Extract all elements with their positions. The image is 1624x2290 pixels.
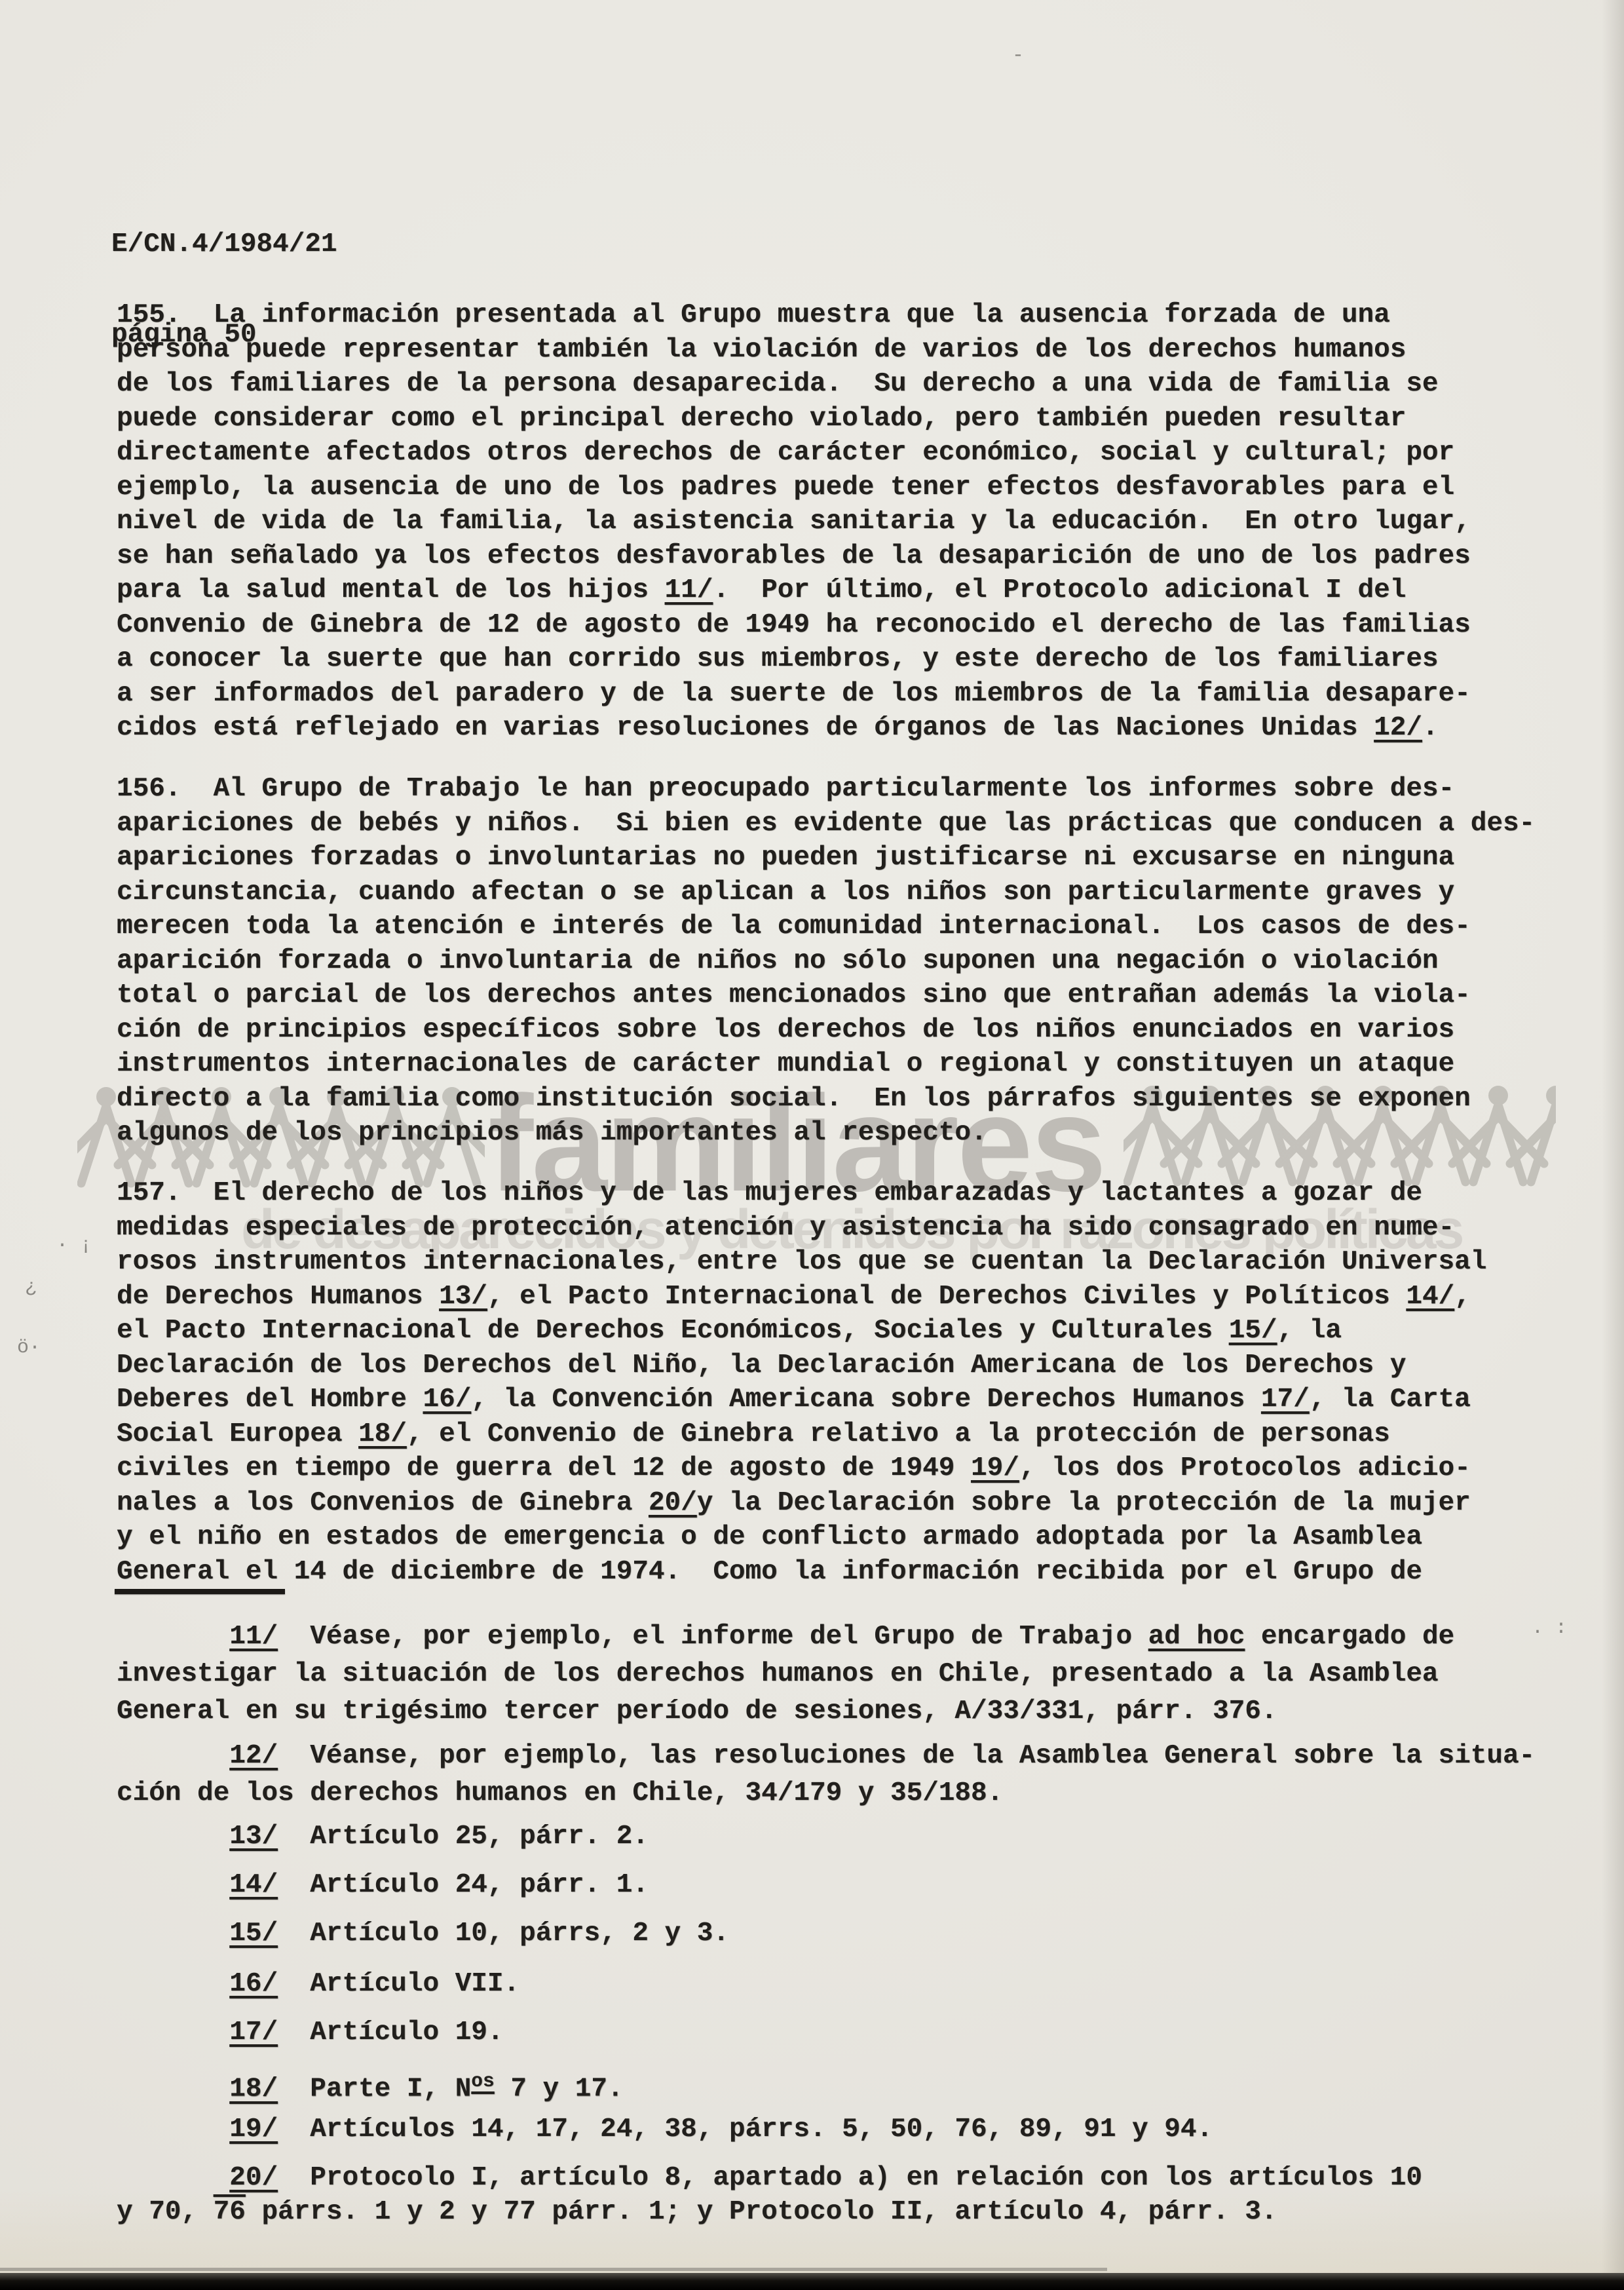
paragraph-157: 157. El derecho de los niños y de las mu… bbox=[117, 1176, 1486, 1589]
text-line: civiles en tiempo de guerra del 12 de ag… bbox=[117, 1451, 1486, 1486]
text-line: instrumentos internacionales de carácter… bbox=[117, 1047, 1535, 1082]
text-line: a conocer la suerte que han corrido sus … bbox=[117, 642, 1471, 677]
text-line: puede considerar como el principal derec… bbox=[117, 402, 1471, 436]
scanned-document-page: E/CN.4/1984/21 página 50 familiares de d… bbox=[0, 0, 1624, 2290]
paragraph-156: 156. Al Grupo de Trabajo le han preocupa… bbox=[117, 772, 1535, 1151]
scan-speck: . : bbox=[1532, 1617, 1567, 1639]
text-line: y el niño en estados de emergencia o de … bbox=[117, 1520, 1486, 1555]
text-line: Deberes del Hombre 16/, la Convención Am… bbox=[117, 1383, 1486, 1417]
footnote-13: 13/ Artículo 25, párr. 2. bbox=[117, 1818, 649, 1856]
document-number: E/CN.4/1984/21 bbox=[111, 229, 337, 259]
text-line: 19/ Artículos 14, 17, 24, 38, párrs. 5, … bbox=[117, 2111, 1213, 2148]
text-line: 14/ Artículo 24, párr. 1. bbox=[117, 1867, 649, 1904]
text-line: nivel de vida de la familia, la asistenc… bbox=[117, 505, 1471, 539]
text-line: 156. Al Grupo de Trabajo le han preocupa… bbox=[117, 772, 1535, 807]
text-line: apariciones de bebés y niños. Si bien es… bbox=[117, 807, 1535, 841]
text-line: el Pacto Internacional de Derechos Econó… bbox=[117, 1314, 1486, 1348]
text-line: ejemplo, la ausencia de uno de los padre… bbox=[117, 470, 1471, 505]
scan-speck: - bbox=[1012, 45, 1024, 67]
footnote-17: 17/ Artículo 19. bbox=[117, 2014, 504, 2051]
text-line: se han señalado ya los efectos desfavora… bbox=[117, 539, 1471, 574]
text-line: directo a la familia como institución so… bbox=[117, 1082, 1535, 1116]
text-line: 11/ Véase, por ejemplo, el informe del G… bbox=[117, 1618, 1454, 1656]
footnote-12: 12/ Véanse, por ejemplo, las resolucione… bbox=[117, 1738, 1535, 1812]
text-line: 157. El derecho de los niños y de las mu… bbox=[117, 1176, 1486, 1211]
text-line: directamente afectados otros derechos de… bbox=[117, 436, 1471, 470]
text-line: 155. La información presentada al Grupo … bbox=[117, 298, 1471, 333]
text-line: de Derechos Humanos 13/, el Pacto Intern… bbox=[117, 1280, 1486, 1314]
text-line: 15/ Artículo 10, párrs, 2 y 3. bbox=[117, 1915, 729, 1953]
text-line: cidos está reflejado en varias resolucio… bbox=[117, 711, 1471, 746]
text-line: 17/ Artículo 19. bbox=[117, 2014, 504, 2051]
text-line: ción de principios específicos sobre los… bbox=[117, 1013, 1535, 1048]
text-line: nales a los Convenios de Ginebra 20/y la… bbox=[117, 1486, 1486, 1521]
scan-speck: ¿ bbox=[25, 1276, 37, 1299]
scan-edge-bottom bbox=[0, 2273, 1624, 2290]
text-line: General el 14 de diciembre de 1974. Como… bbox=[117, 1555, 1486, 1590]
text-line: 18/ Parte I, Nos 7 y 17. bbox=[117, 2063, 624, 2109]
text-line: 13/ Artículo 25, párr. 2. bbox=[117, 1818, 649, 1856]
paragraph-155: 155. La información presentada al Grupo … bbox=[117, 298, 1471, 746]
text-line: aparición forzada o involuntaria de niño… bbox=[117, 944, 1535, 979]
footnote-separator bbox=[115, 1589, 285, 1594]
text-line: Social Europea 18/, el Convenio de Gineb… bbox=[117, 1417, 1486, 1452]
footnote-15: 15/ Artículo 10, párrs, 2 y 3. bbox=[117, 1915, 729, 1953]
text-line: Convenio de Ginebra de 12 de agosto de 1… bbox=[117, 608, 1471, 643]
text-line: 20/ Protocolo I, artículo 8, apartado a)… bbox=[117, 2161, 1422, 2195]
text-line: Declaración de los Derechos del Niño, la… bbox=[117, 1348, 1486, 1383]
text-line: medidas especiales de protección, atenci… bbox=[117, 1211, 1486, 1246]
text-line: merecen toda la atención e interés de la… bbox=[117, 909, 1535, 944]
text-line: algunos de los principios más importante… bbox=[117, 1116, 1535, 1151]
scan-speck: · ¡ bbox=[56, 1234, 92, 1257]
text-line: General en su trigésimo tercer período d… bbox=[117, 1693, 1454, 1730]
footnote-20: 20/ Protocolo I, artículo 8, apartado a)… bbox=[117, 2161, 1422, 2229]
scan-edge-line bbox=[0, 2268, 1107, 2271]
text-line: 16/ Artículo VII. bbox=[117, 1966, 519, 2003]
text-line: ción de los derechos humanos en Chile, 3… bbox=[117, 1775, 1535, 1812]
text-line: para la salud mental de los hijos 11/. P… bbox=[117, 573, 1471, 608]
text-line: a ser informados del paradero y de la su… bbox=[117, 677, 1471, 712]
text-line: y 70, 76 párrs. 1 y 2 y 77 párr. 1; y Pr… bbox=[117, 2195, 1422, 2229]
footnote-14: 14/ Artículo 24, párr. 1. bbox=[117, 1867, 649, 1904]
footnote-16: 16/ Artículo VII. bbox=[117, 1966, 519, 2003]
text-line: persona puede representar también la vio… bbox=[117, 333, 1471, 368]
footnote-18: 18/ Parte I, Nos 7 y 17. bbox=[117, 2063, 624, 2109]
footnote-19: 19/ Artículos 14, 17, 24, 38, párrs. 5, … bbox=[117, 2111, 1213, 2148]
text-line: de los familiares de la persona desapare… bbox=[117, 367, 1471, 402]
text-line: rosos instrumentos internacionales, entr… bbox=[117, 1245, 1486, 1280]
text-line: total o parcial de los derechos antes me… bbox=[117, 978, 1535, 1013]
text-line: investigar la situación de los derechos … bbox=[117, 1656, 1454, 1693]
text-line: apariciones forzadas o involuntarias no … bbox=[117, 841, 1535, 875]
footnote-11: 11/ Véase, por ejemplo, el informe del G… bbox=[117, 1618, 1454, 1730]
text-line: 12/ Véanse, por ejemplo, las resolucione… bbox=[117, 1738, 1535, 1775]
scan-speck: ö· bbox=[17, 1337, 41, 1359]
text-line: circunstancia, cuando afectan o se aplic… bbox=[117, 875, 1535, 910]
